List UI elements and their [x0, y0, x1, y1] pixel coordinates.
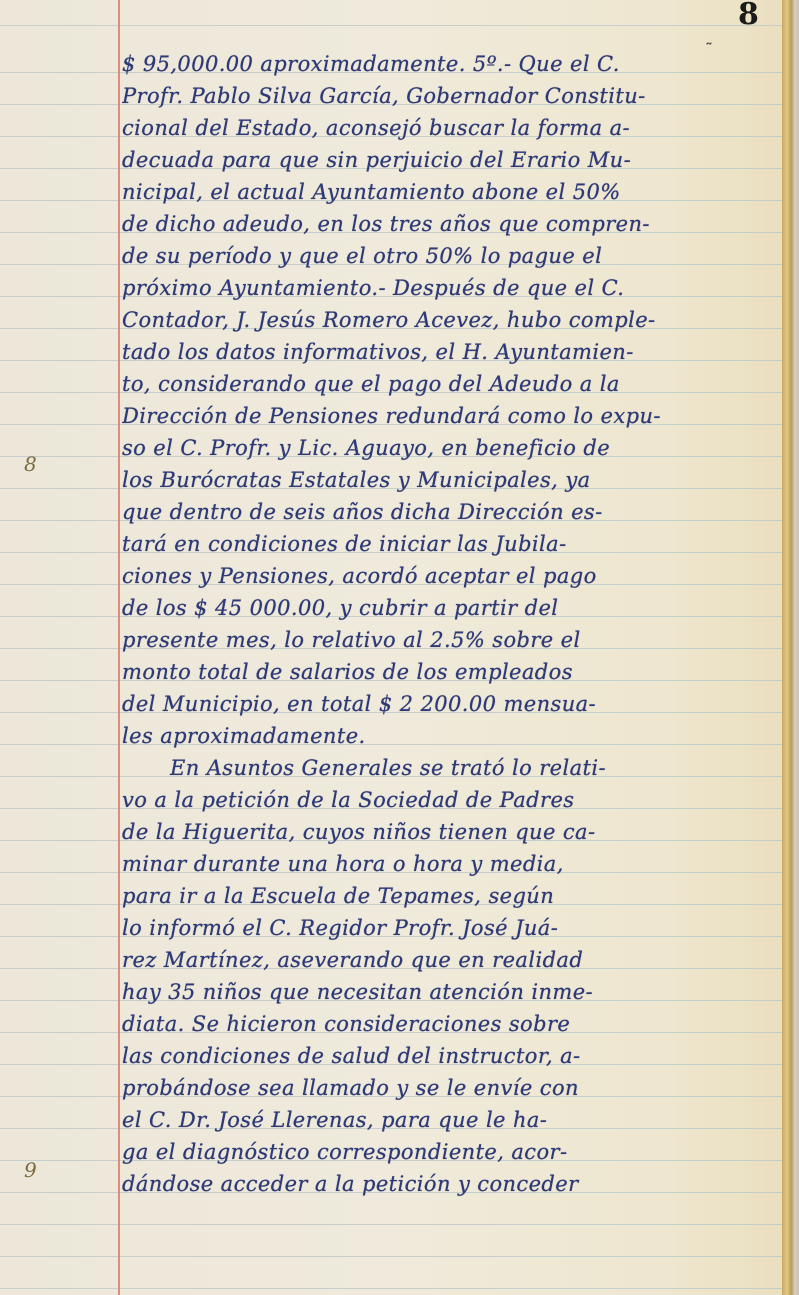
- text-line: el C. Dr. José Llerenas, para que le ha-: [122, 1104, 782, 1136]
- text-line: Profr. Pablo Silva García, Gobernador Co…: [122, 80, 782, 112]
- book-binding-edge: [782, 0, 799, 1295]
- text-line: $ 95,000.00 aproximadamente. 5º.- Que el…: [122, 48, 782, 80]
- text-line: dándose acceder a la petición y conceder: [122, 1168, 782, 1200]
- text-line: les aproximadamente.: [122, 720, 782, 752]
- text-line: diata. Se hicieron consideraciones sobre: [122, 1008, 782, 1040]
- text-line: para ir a la Escuela de Tepames, según: [122, 880, 782, 912]
- text-line: lo informó el C. Regidor Profr. José Juá…: [122, 912, 782, 944]
- text-line: tado los datos informativos, el H. Ayunt…: [122, 336, 782, 368]
- text-line: presente mes, lo relativo al 2.5% sobre …: [122, 624, 782, 656]
- text-line: las condiciones de salud del instructor,…: [122, 1040, 782, 1072]
- text-line: monto total de salarios de los empleados: [122, 656, 782, 688]
- handwritten-minutes: $ 95,000.00 aproximadamente. 5º.- Que el…: [122, 48, 782, 1200]
- text-line: minar durante una hora o hora y media,: [122, 848, 782, 880]
- ledger-page: 8 ˜ 8 9 $ 95,000.00 aproximadamente. 5º.…: [0, 0, 782, 1295]
- text-line: hay 35 niños que necesitan atención inme…: [122, 976, 782, 1008]
- text-line: del Municipio, en total $ 2 200.00 mensu…: [122, 688, 782, 720]
- text-line: de los $ 45 000.00, y cubrir a partir de…: [122, 592, 782, 624]
- text-line: Contador, J. Jesús Romero Acevez, hubo c…: [122, 304, 782, 336]
- text-line: ga el diagnóstico correspondiente, acor-: [122, 1136, 782, 1168]
- text-line: de dicho adeudo, en los tres años que co…: [122, 208, 782, 240]
- text-line: que dentro de seis años dicha Dirección …: [122, 496, 782, 528]
- paragraph-start-line: En Asuntos Generales se trató lo relati-: [122, 752, 782, 784]
- text-line: so el C. Profr. y Lic. Aguayo, en benefi…: [122, 432, 782, 464]
- margin-note-8: 8: [24, 452, 37, 476]
- text-line: probándose sea llamado y se le envíe con: [122, 1072, 782, 1104]
- margin-note-9: 9: [24, 1158, 37, 1182]
- text-line: vo a la petición de la Sociedad de Padre…: [122, 784, 782, 816]
- text-line: tará en condiciones de iniciar las Jubil…: [122, 528, 782, 560]
- text-line: próximo Ayuntamiento.- Después de que el…: [122, 272, 782, 304]
- page-number: 8: [738, 0, 759, 30]
- red-margin-line: [118, 0, 120, 1295]
- text-line: de su período y que el otro 50% lo pague…: [122, 240, 782, 272]
- text-line: nicipal, el actual Ayuntamiento abone el…: [122, 176, 782, 208]
- text-line: Dirección de Pensiones redundará como lo…: [122, 400, 782, 432]
- text-line: decuada para que sin perjuicio del Erari…: [122, 144, 782, 176]
- text-line: de la Higuerita, cuyos niños tienen que …: [122, 816, 782, 848]
- text-line: rez Martínez, aseverando que en realidad: [122, 944, 782, 976]
- text-line: cional del Estado, aconsejó buscar la fo…: [122, 112, 782, 144]
- text-line: los Burócratas Estatales y Municipales, …: [122, 464, 782, 496]
- text-line: to, considerando que el pago del Adeudo …: [122, 368, 782, 400]
- text-line: ciones y Pensiones, acordó aceptar el pa…: [122, 560, 782, 592]
